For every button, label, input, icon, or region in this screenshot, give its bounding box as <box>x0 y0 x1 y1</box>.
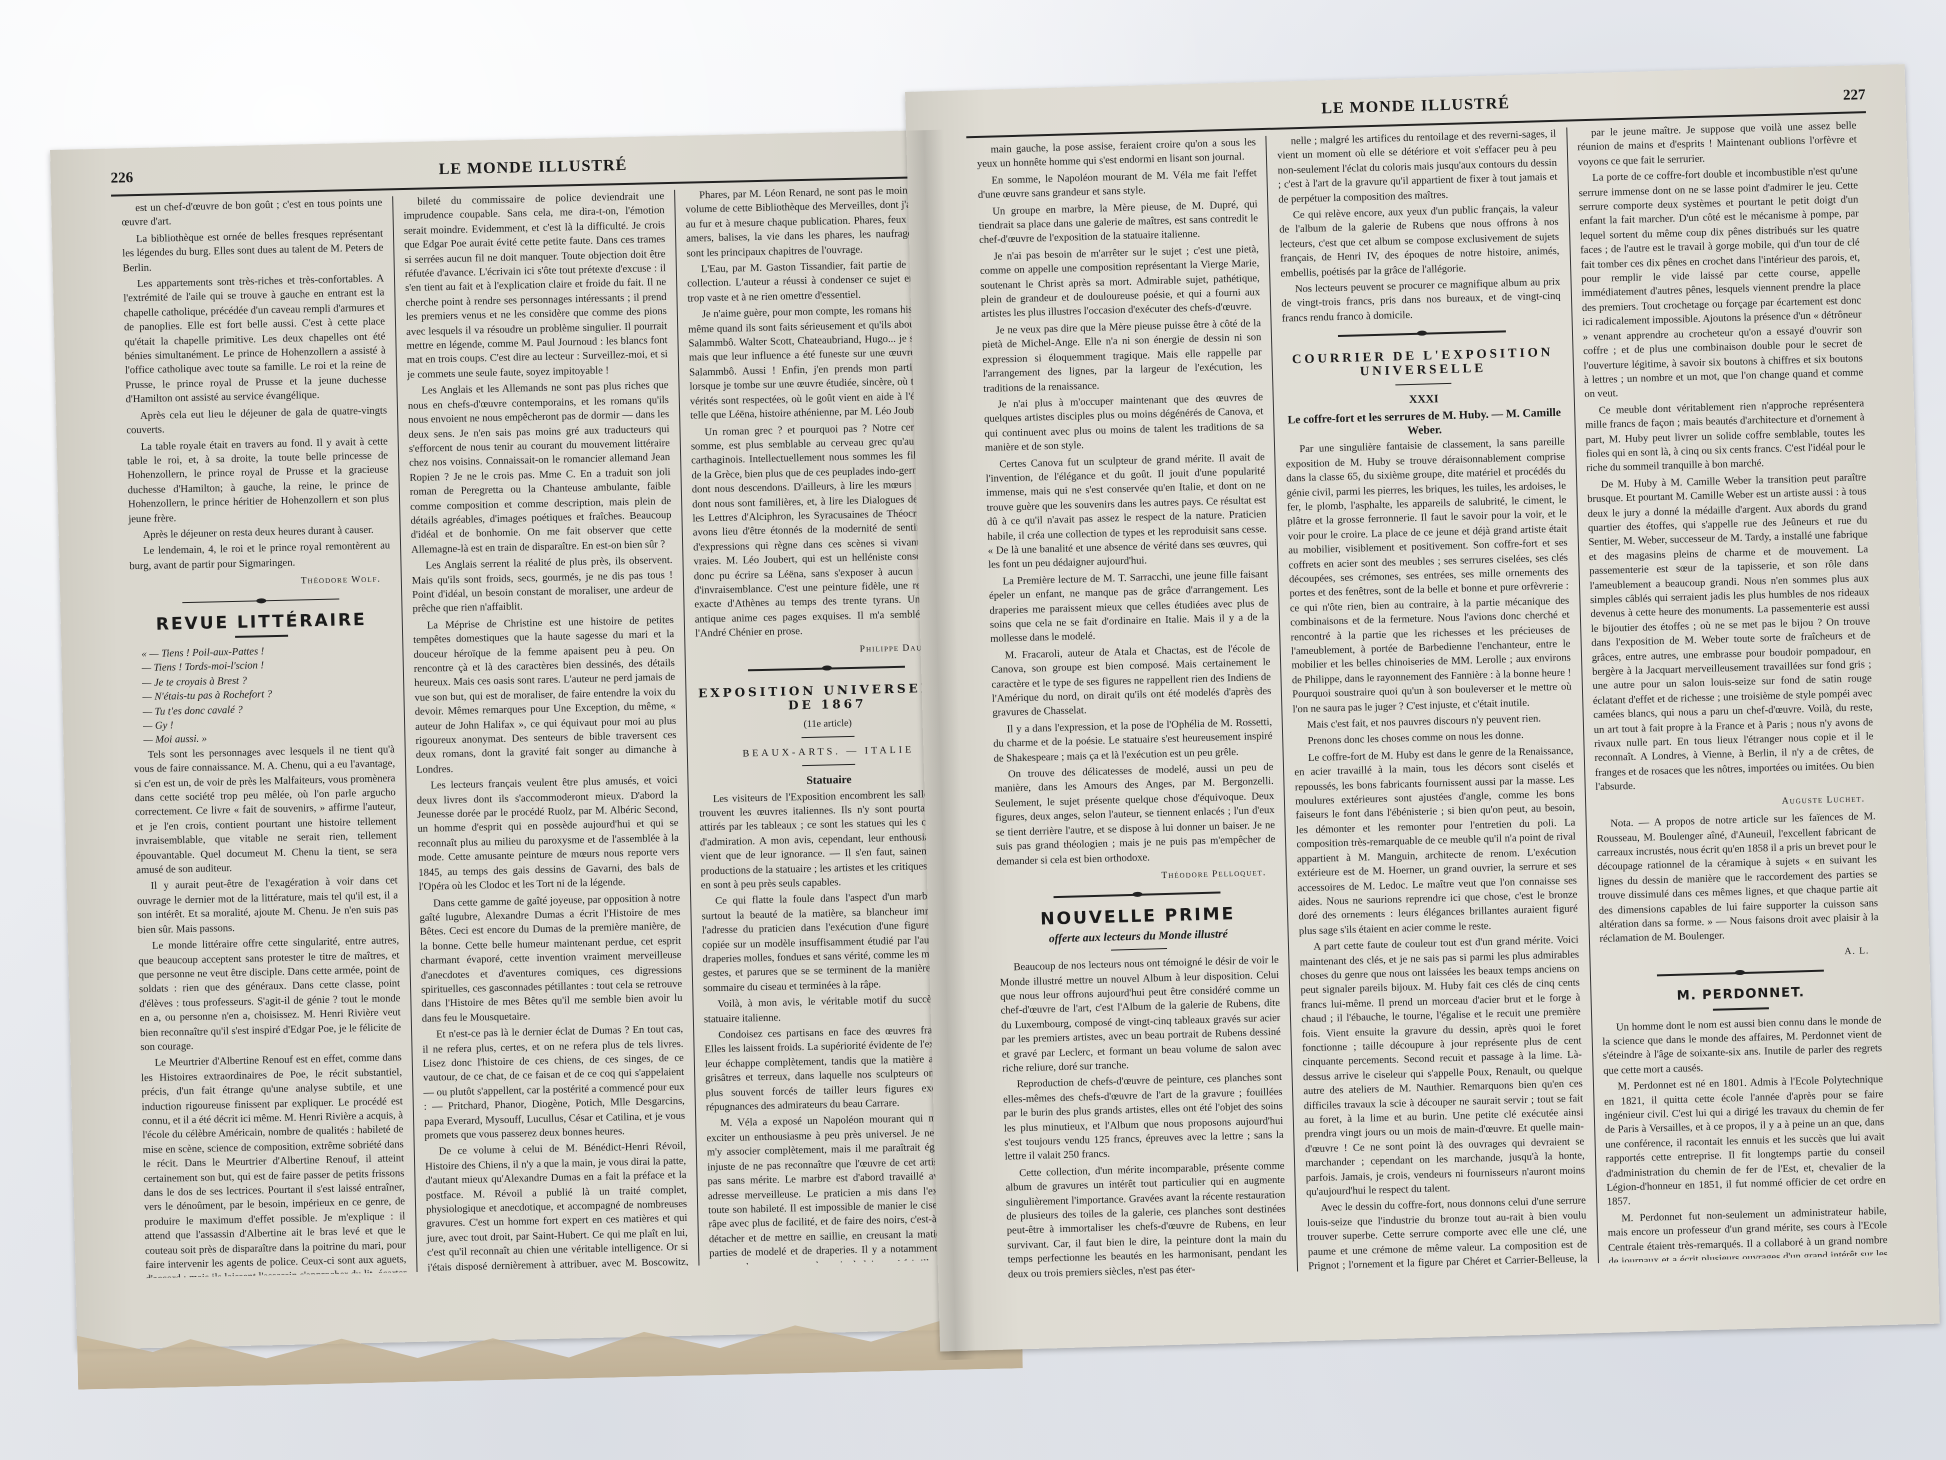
paragraph: Je n'ai pas besoin de m'arrêter sur le s… <box>979 243 1260 323</box>
short-rule <box>802 736 854 739</box>
section-title: REVUE LITTÉRAIRE <box>131 612 392 632</box>
paragraph: Je n'ai plus à m'occuper maintenant que … <box>984 391 1265 456</box>
section-title: M. PERDONNET. <box>1601 984 1881 1006</box>
ornamental-rule <box>1656 970 1824 976</box>
paragraph: Et n'est-ce pas là le dernier éclat de D… <box>422 1023 686 1144</box>
paragraph: Beaucoup de nos lecteurs nous ont témoig… <box>999 954 1281 1077</box>
paragraph: La porte de ce coffre-fort double et inc… <box>1578 165 1864 403</box>
newspaper-page-227: LE MONDE ILLUSTRÉ 227 main gauche, la po… <box>905 64 1940 1351</box>
column-2: bileté du commissaire de police deviendr… <box>392 190 698 1272</box>
paragraph: Les appartements sont très-riches et trè… <box>123 272 387 408</box>
short-rule <box>1713 1007 1769 1010</box>
paragraph: Ce qui relève encore, aux yeux d'un publ… <box>1279 202 1560 282</box>
column-2: nelle ; malgré les artifices du rentoila… <box>1266 128 1598 1272</box>
ornamental-rule <box>182 598 339 603</box>
paragraph: Le coffre-fort de M. Huby est dans le ge… <box>1294 744 1578 939</box>
paragraph: Après cela eut lieu le déjeuner de gala … <box>126 404 388 439</box>
ornamental-rule <box>1053 892 1221 898</box>
short-rule <box>803 764 855 767</box>
paragraph: Avec le dessin du coffre-fort, nous donn… <box>1306 1195 1588 1272</box>
column-1: est un chef-d'œuvre de bon goût ; c'est … <box>111 196 416 1278</box>
author-signature: Philippe Dauriac. <box>695 640 946 660</box>
paragraph: La bibliothèque est ornée de belles fres… <box>122 227 384 276</box>
paragraph: De ce volume à celui de M. Bénédict-Henr… <box>425 1140 690 1272</box>
note-signature: A. L. <box>1600 944 1870 966</box>
section-title: COURRIER DE L'EXPOSITION UNIVERSELLE <box>1283 345 1563 382</box>
paragraph: Par une singulière fantaisie de classeme… <box>1285 436 1572 717</box>
paragraph: Je ne veux pas dire que la Mère pieuse p… <box>982 317 1263 397</box>
paragraph: Le Meurtrier d'Albertine Renouf est en e… <box>141 1052 409 1279</box>
paragraph: Un groupe en marbre, la Mère pieuse, de … <box>978 198 1258 249</box>
paragraph: Les Anglais serrent la réalité de plus p… <box>411 554 673 618</box>
paragraph: Dans cette gamme de gaîté joyeuse, par o… <box>419 891 683 1027</box>
paragraph: Certes Canova fut un sculpteur de grand … <box>985 451 1267 574</box>
paragraph: Il y aurait peut-être de l'exagération à… <box>137 875 399 939</box>
paragraph: Nos lecteurs peuvent se procurer ce magn… <box>1281 276 1561 327</box>
paragraph: A part cette faute de couleur tout est d… <box>1299 934 1585 1201</box>
paragraph: Le lendemain, 4, le roi et le prince roy… <box>129 540 391 575</box>
paragraph: La table royale était en travers au fond… <box>127 435 390 527</box>
newspaper-title: LE MONDE ILLUSTRÉ <box>966 85 1866 128</box>
paragraph: Cette collection, d'un mérite incomparab… <box>1005 1160 1287 1280</box>
paragraph: M. Perdonnet est né en 1801. Admis à l'E… <box>1604 1073 1887 1210</box>
short-rule <box>235 635 287 638</box>
paragraph: On trouve des délicatesses de modelé, au… <box>994 761 1276 870</box>
newspaper-page-226: 226 LE MONDE ILLUSTRÉ est un chef-d'œuvr… <box>50 129 1022 1350</box>
paragraph: La Méprise de Christine est une histoire… <box>413 614 678 778</box>
ornamental-rule <box>748 666 905 671</box>
page-number: 227 <box>1843 87 1866 105</box>
paragraph: bileté du commissaire de police deviendr… <box>403 190 668 383</box>
paragraph: est un chef-d'œuvre de bon goût ; c'est … <box>121 196 383 231</box>
short-rule <box>1395 382 1451 385</box>
short-rule <box>1111 948 1167 951</box>
paragraph: Les lecteurs français veulent être plus … <box>416 774 680 895</box>
author-signature: Théodore Pelloquet. <box>997 866 1267 888</box>
section-title: NOUVELLE PRIME <box>998 906 1278 928</box>
paragraph: De M. Huby à M. Camille Weber la transit… <box>1587 471 1875 796</box>
paragraph: Le monde littéraire offre cette singular… <box>138 934 402 1055</box>
section-subtitle: offerte aux lecteurs du Monde illustré <box>999 926 1279 948</box>
paragraph: Reproduction de chefs-d'œuvre de peintur… <box>1003 1071 1285 1165</box>
author-signature: Théodore Wolf. <box>130 573 381 593</box>
column-1: main gauche, la pose assise, feraient cr… <box>966 136 1297 1280</box>
paragraph: Un homme dont le nom est aussi bien conn… <box>1602 1014 1883 1079</box>
paragraph: Il y a dans l'expression, et la pose de … <box>993 716 1273 767</box>
paragraph: M. Fracaroli, auteur de Atala et Chactas… <box>991 642 1272 722</box>
paragraph: La Première lecture de M. T. Sarracchi, … <box>989 568 1270 648</box>
paragraph: par le jeune maître. Je suppose que voil… <box>1577 119 1857 170</box>
paragraph: Ce meuble dont véritablement rien n'appr… <box>1585 397 1866 477</box>
newspaper-title: LE MONDE ILLUSTRÉ <box>110 149 955 186</box>
note-paragraph: Nota. — A propos de notre article sur le… <box>1596 810 1879 947</box>
paragraph: Tels sont les personnages avec lesquels … <box>134 743 398 879</box>
paragraph: M. Perdonnet fut non-seulement un admini… <box>1607 1205 1888 1263</box>
ornamental-rule <box>1338 331 1506 337</box>
paragraph: nelle ; malgré les artifices du rentoila… <box>1277 128 1558 208</box>
column-3: par le jeune maître. Je suppose que voil… <box>1566 119 1898 1263</box>
paragraph: Les Anglais et les Allemands ne sont pas… <box>407 379 672 558</box>
